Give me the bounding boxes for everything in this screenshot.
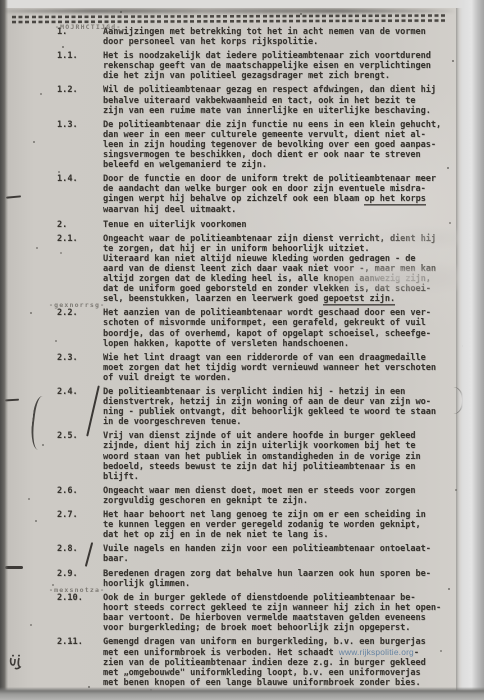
list-item: 2.2. Het aanzien van de politieambtenaar… [7, 308, 456, 348]
list-item: 1.4. Door de functie en door de uniform … [7, 174, 456, 214]
item-number: 1.4. [57, 174, 103, 214]
item-text-part: Aanwijzingen met betrekking tot het in a… [103, 27, 426, 47]
item-number: 2.3. [57, 353, 103, 383]
scanned-document: -MOJRHCTIJGd- 1. Aanwijzingen met betrek… [0, 0, 484, 700]
scan-edge-right [456, 0, 484, 700]
pen-underlined-text: op het korps [364, 194, 426, 204]
item-text: Het aanzien van de politieambtenaar word… [103, 308, 456, 348]
item-text-part: Wie het lint draagt van een ridderorde o… [103, 353, 436, 383]
item-text: Het is noodzakelijk dat iedere politieam… [103, 51, 456, 81]
pen-underlined-text: gepoetst zijn. [323, 294, 395, 304]
pen-mark-scribble [8, 654, 26, 670]
bleed-through-text: -mexsnotza- [49, 586, 105, 594]
item-number: 2. [57, 220, 103, 230]
item-number: 2.6. [57, 486, 103, 506]
item-text-part: Ook de in burger geklede of dienstdoende… [103, 593, 441, 633]
item-text: Beredenen dragen zorg dat behalve hun la… [103, 569, 456, 589]
list-item: 2.10. Ook de in burger geklede of dienst… [7, 593, 456, 633]
item-text: Tenue en uiterlijk voorkomen [103, 220, 456, 230]
list-item: 2.4. De politieambtenaar is verplicht in… [7, 387, 456, 427]
item-number: 2.10. [57, 593, 103, 633]
item-text-part: waarvan hij deel uitmaakt. [103, 205, 236, 215]
item-number: 2.5. [57, 431, 103, 481]
item-text: Ongeacht waar de politieambtenaar zijn d… [103, 234, 456, 305]
item-text: Het haar behoort net lang genoeg te zijn… [103, 510, 456, 540]
item-text: Door de functie en door de uniform trekt… [103, 174, 456, 214]
item-text-part: Vuile nagels en handen zijn voor een pol… [103, 544, 431, 564]
list-item: 2.3. Wie het lint draagt van een riddero… [7, 353, 456, 383]
item-number: 2.7. [57, 510, 103, 540]
scan-smudge [2, 9, 454, 13]
item-text-part: Beredenen dragen zorg dat behalve hun la… [103, 569, 431, 589]
list-item: 1.3. De politieambtenaar die zijn functi… [7, 120, 456, 170]
list-item: 2.8. Vuile nagels en handen zijn voor ee… [7, 544, 456, 564]
item-text-part: Vrij van dienst zijnde of uit andere hoo… [103, 431, 421, 481]
item-number: 1.2. [57, 85, 103, 115]
list-item: 2.6. Ongeacht waar men dienst doet, moet… [7, 486, 456, 506]
item-text-part: Tenue en uiterlijk voorkomen [103, 220, 246, 230]
list-item: 2.7. Het haar behoort net lang genoeg te… [7, 510, 456, 540]
items-list: 1. Aanwijzingen met betrekking tot het i… [7, 27, 456, 693]
item-text: Vuile nagels en handen zijn voor een pol… [103, 544, 456, 564]
item-text-part: Het haar behoort net lang genoeg te zijn… [103, 510, 426, 540]
item-text-part: Ongeacht waar men dienst doet, moet men … [103, 486, 416, 506]
item-text: Ook de in burger geklede of dienstdoende… [103, 593, 456, 633]
item-text: Wil de politieambtenaar gezag en respect… [103, 85, 456, 115]
bleed-through-text: -MOJRHCTIJGd- [55, 23, 121, 31]
watermark-link-text[interactable]: www.rijkspolitie.org [339, 647, 414, 657]
item-number: 1.3. [57, 120, 103, 170]
item-text: De politieambtenaar die zijn functie nu … [103, 120, 456, 170]
item-text-part: Wil de politieambtenaar gezag en respect… [103, 85, 436, 115]
item-number: 2.1. [57, 234, 103, 305]
item-text: Wie het lint draagt van een ridderorde o… [103, 353, 456, 383]
item-number: 1.1. [57, 51, 103, 81]
scribble-icon [8, 654, 26, 670]
list-item: 2. Tenue en uiterlijk voorkomen [7, 220, 456, 230]
item-number: 2.8. [57, 544, 103, 564]
item-text: Aanwijzingen met betrekking tot het in a… [103, 27, 456, 47]
item-text-part: De politieambtenaar is verplicht indien … [103, 387, 436, 427]
list-item: 1.1. Het is noodzakelijk dat iedere poli… [7, 51, 456, 81]
scan-edge-top [0, 0, 484, 8]
item-text-part: Het is noodzakelijk dat iedere politieam… [103, 51, 431, 81]
item-number: 2.11. [57, 637, 103, 688]
item-text: Vrij van dienst zijnde of uit andere hoo… [103, 431, 456, 481]
scan-edge-left [0, 0, 8, 700]
item-text: De politieambtenaar is verplicht indien … [103, 387, 456, 427]
item-text-part: Het aanzien van de politieambtenaar word… [103, 308, 431, 348]
bleed-through-text: -gexnorrsg- [49, 301, 105, 309]
list-item: 2.1. Ongeacht waar de politieambtenaar z… [7, 234, 456, 305]
list-item: 2.11. Gemengd dragen van uniform en burg… [7, 637, 456, 688]
item-number: 2.2. [57, 308, 103, 348]
item-text: Gemengd dragen van uniform en burgerkled… [103, 637, 456, 688]
item-text: Ongeacht waar men dienst doet, moet men … [103, 486, 456, 506]
list-item: 2.5. Vrij van dienst zijnde of uit ander… [7, 431, 456, 481]
scan-edge-bottom [0, 687, 484, 700]
list-item: 1.2. Wil de politieambtenaar gezag en re… [7, 85, 456, 115]
item-text-part: De politieambtenaar die zijn functie nu … [103, 120, 441, 170]
